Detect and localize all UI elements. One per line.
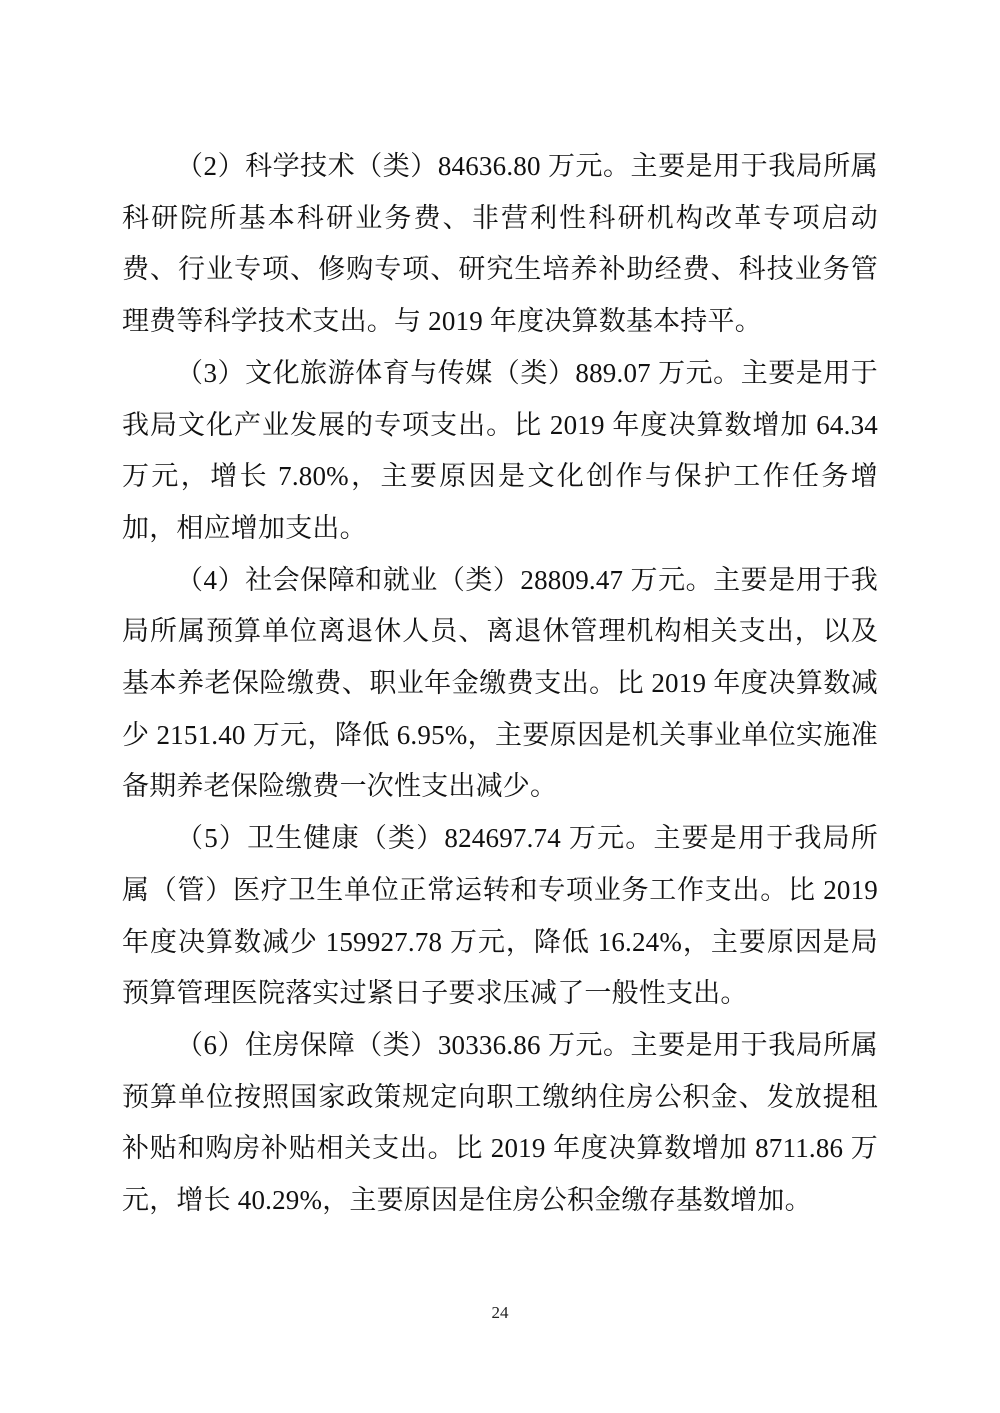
page-footer: 24 — [0, 1303, 1000, 1323]
document-body: （2）科学技术（类）84636.80 万元。主要是用于我局所属科研院所基本科研业… — [122, 141, 878, 1227]
paragraph-housing-security: （6）住房保障（类）30336.86 万元。主要是用于我局所属预算单位按照国家政… — [122, 1020, 878, 1227]
paragraph-culture-tourism-media: （3）文化旅游体育与传媒（类）889.07 万元。主要是用于我局文化产业发展的专… — [122, 348, 878, 555]
page-number: 24 — [492, 1303, 509, 1322]
paragraph-science-technology: （2）科学技术（类）84636.80 万元。主要是用于我局所属科研院所基本科研业… — [122, 141, 878, 348]
paragraph-social-security-employment: （4）社会保障和就业（类）28809.47 万元。主要是用于我局所属预算单位离退… — [122, 555, 878, 814]
document-page: （2）科学技术（类）84636.80 万元。主要是用于我局所属科研院所基本科研业… — [0, 0, 1000, 1413]
paragraph-health: （5）卫生健康（类）824697.74 万元。主要是用于我局所属（管）医疗卫生单… — [122, 813, 878, 1020]
